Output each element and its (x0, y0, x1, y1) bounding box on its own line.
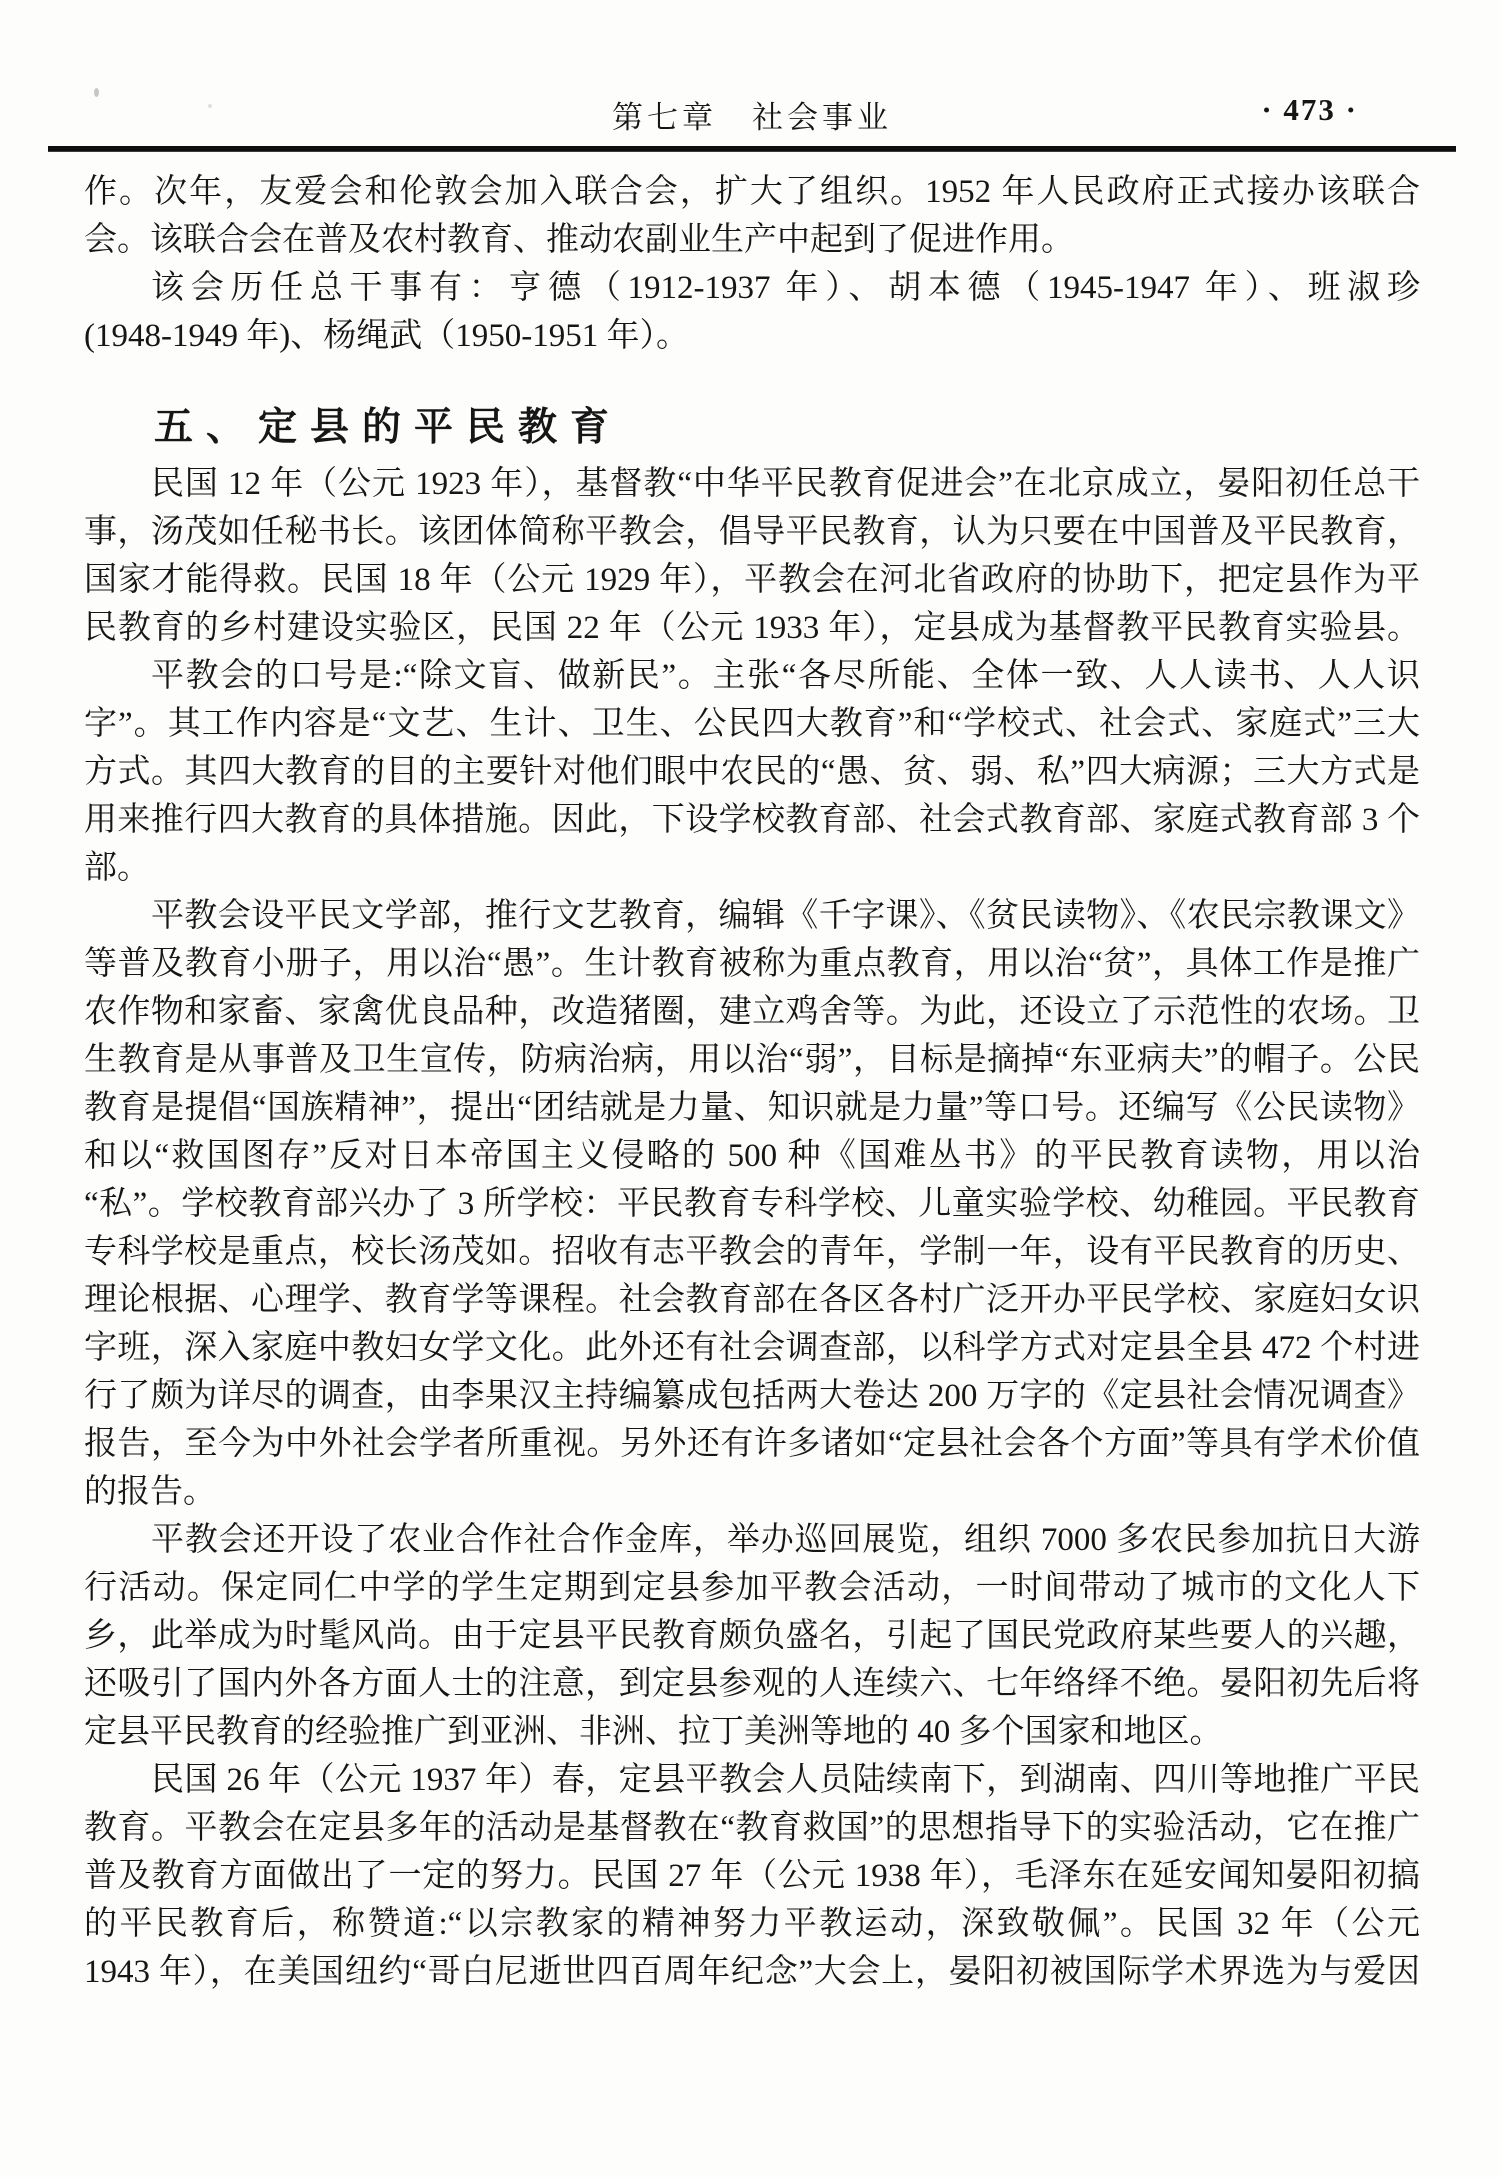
text-line: 用来推行四大教育的具体措施。因此，下设学校教育部、社会式教育部、家庭式教育部 3… (84, 796, 1420, 844)
text-line: 和以“救国图存”反对日本帝国主义侵略的 500 种《国难丛书》的平民教育读物，用… (84, 1132, 1420, 1180)
text-line: 理论根据、心理学、教育学等课程。社会教育部在各区各村广泛开办平民学校、家庭妇女识 (84, 1276, 1420, 1324)
text-line: 报告，至今为中外社会学者所重视。另外还有许多诸如“定县社会各个方面”等具有学术价… (84, 1420, 1420, 1468)
text-line: 会。该联合会在普及农村教育、推动农副业生产中起到了促进作用。 (84, 216, 1420, 264)
text-line: 字班，深入家庭中教妇女学文化。此外还有社会调查部，以科学方式对定县全县 472 … (84, 1324, 1420, 1372)
text-line: “私”。学校教育部兴办了 3 所学校：平民教育专科学校、儿童实验学校、幼稚园。平… (84, 1180, 1420, 1228)
text-line: 定县平民教育的经验推广到亚洲、非洲、拉丁美洲等地的 40 多个国家和地区。 (84, 1708, 1420, 1756)
header-rule (48, 146, 1456, 152)
text-line: 生教育是从事普及卫生宣传，防病治病，用以治“弱”，目标是摘掉“东亚病夫”的帽子。… (84, 1036, 1420, 1084)
text-line: 民国 12 年（公元 1923 年），基督教“中华平民教育促进会”在北京成立，晏… (84, 460, 1420, 508)
text-line: 农作物和家畜、家禽优良品种，改造猪圈，建立鸡舍等。为此，还设立了示范性的农场。卫 (84, 988, 1420, 1036)
section-heading: 五、定县的平民教育 (84, 404, 1420, 452)
text-line: 的报告。 (84, 1468, 1420, 1516)
text-line: 乡，此举成为时髦风尚。由于定县平民教育颇负盛名，引起了国民党政府某些要人的兴趣， (84, 1612, 1420, 1660)
text-line: 字”。其工作内容是“文艺、生计、卫生、公民四大教育”和“学校式、社会式、家庭式”… (84, 700, 1420, 748)
text-line: 等普及教育小册子，用以治“愚”。生计教育被称为重点教育，用以治“贫”，具体工作是… (84, 940, 1420, 988)
paragraph: 民国 12 年（公元 1923 年），基督教“中华平民教育促进会”在北京成立，晏… (84, 460, 1420, 652)
paragraph: 民国 26 年（公元 1937 年）春，定县平教会人员陆续南下，到湖南、四川等地… (84, 1756, 1420, 1996)
text-line: 平教会还开设了农业合作社合作金库，举办巡回展览，组织 7000 多农民参加抗日大… (84, 1516, 1420, 1564)
text-line: (1948-1949 年)、杨绳武（1950-1951 年）。 (84, 312, 1420, 360)
chapter-title: 第七章 社会事业 (84, 92, 1420, 137)
text-line: 作。次年，友爱会和伦敦会加入联合会，扩大了组织。1952 年人民政府正式接办该联… (84, 168, 1420, 216)
text-line: 普及教育方面做出了一定的努力。民国 27 年（公元 1938 年），毛泽东在延安… (84, 1852, 1420, 1900)
text-line: 方式。其四大教育的目的主要针对他们眼中农民的“愚、贫、弱、私”四大病源；三大方式… (84, 748, 1420, 796)
paragraph: 该会历任总干事有：亨德（1912-1937 年）、胡本德（1945-1947 年… (84, 264, 1420, 360)
text-line: 1943 年），在美国纽约“哥白尼逝世四百周年纪念”大会上，晏阳初被国际学术界选… (84, 1948, 1420, 1996)
paragraph: 平教会的口号是:“除文盲、做新民”。主张“各尽所能、全体一致、人人读书、人人识字… (84, 652, 1420, 892)
text-line: 教育是提倡“国族精神”，提出“团结就是力量、知识就是力量”等口号。还编写《公民读… (84, 1084, 1420, 1132)
page-number: · 473 · (1261, 92, 1358, 128)
text-line: 平教会设平民文学部，推行文艺教育，编辑《千字课》、《贫民读物》、《农民宗教课文》 (84, 892, 1420, 940)
text-line: 教育。平教会在定县多年的活动是基督教在“教育救国”的思想指导下的实验活动，它在推… (84, 1804, 1420, 1852)
text-line: 部。 (84, 844, 1420, 892)
paragraph: 平教会设平民文学部，推行文艺教育，编辑《千字课》、《贫民读物》、《农民宗教课文》… (84, 892, 1420, 1516)
text-line: 平教会的口号是:“除文盲、做新民”。主张“各尽所能、全体一致、人人读书、人人识 (84, 652, 1420, 700)
text-line: 行活动。保定同仁中学的学生定期到定县参加平教会活动，一时间带动了城市的文化人下 (84, 1564, 1420, 1612)
book-page: 第七章 社会事业 · 473 · 作。次年，友爱会和伦敦会加入联合会，扩大了组织… (0, 0, 1500, 2177)
text-line: 事，汤茂如任秘书长。该团体简称平教会，倡导平民教育，认为只要在中国普及平民教育， (84, 508, 1420, 556)
running-head: 第七章 社会事业 · 473 · (84, 92, 1420, 134)
text-line: 专科学校是重点，校长汤茂如。招收有志平教会的青年，学制一年，设有平民教育的历史、 (84, 1228, 1420, 1276)
text-line: 行了颇为详尽的调查，由李果汉主持编纂成包括两大卷达 200 万字的《定县社会情况… (84, 1372, 1420, 1420)
paragraph: 作。次年，友爱会和伦敦会加入联合会，扩大了组织。1952 年人民政府正式接办该联… (84, 168, 1420, 264)
page-body: 作。次年，友爱会和伦敦会加入联合会，扩大了组织。1952 年人民政府正式接办该联… (84, 168, 1420, 1996)
paragraph: 平教会还开设了农业合作社合作金库，举办巡回展览，组织 7000 多农民参加抗日大… (84, 1516, 1420, 1756)
text-line: 民教育的乡村建设实验区，民国 22 年（公元 1933 年），定县成为基督教平民… (84, 604, 1420, 652)
text-line: 民国 26 年（公元 1937 年）春，定县平教会人员陆续南下，到湖南、四川等地… (84, 1756, 1420, 1804)
text-line: 的平民教育后，称赞道:“以宗教家的精神努力平教运动，深致敬佩”。民国 32 年（… (84, 1900, 1420, 1948)
text-line: 还吸引了国内外各方面人士的注意，到定县参观的人连续六、七年络绎不绝。晏阳初先后将 (84, 1660, 1420, 1708)
text-line: 国家才能得救。民国 18 年（公元 1929 年），平教会在河北省政府的协助下，… (84, 556, 1420, 604)
text-line: 该会历任总干事有：亨德（1912-1937 年）、胡本德（1945-1947 年… (84, 264, 1420, 312)
